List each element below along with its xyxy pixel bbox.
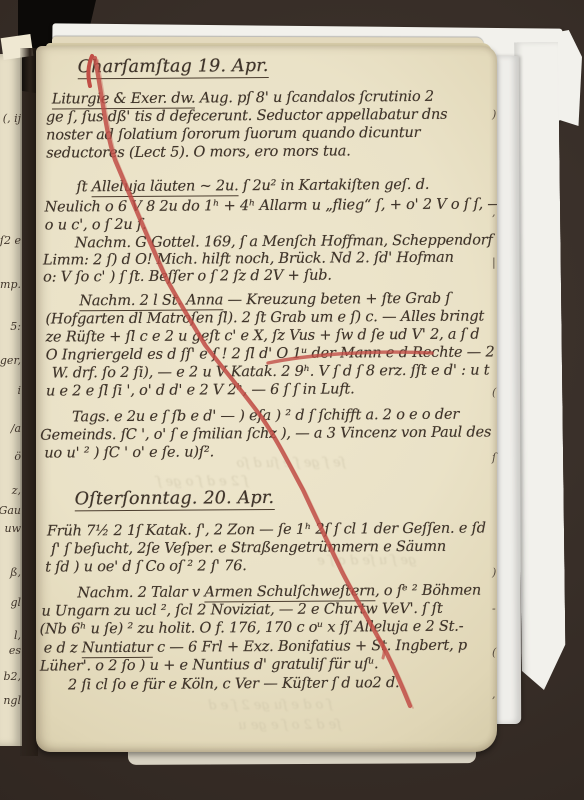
previous-page-text-fragment: (, ij [3, 112, 21, 125]
previous-page-text-fragment: Gau [0, 504, 21, 517]
fore-edge-ink-tick: ( [492, 386, 496, 399]
fore-edge-ink-tick: ) [492, 108, 496, 121]
fore-edge-ink-tick: ) [492, 566, 496, 579]
fore-edge-ink-tick: - [492, 602, 496, 615]
fore-edge-ink-tick: , [492, 688, 496, 701]
scanned-diary-photo: (, ijſ2 emp.5:ger,i/aöz,Gauuwß,gll,esb2,… [0, 0, 584, 800]
fore-edge-ink-tick: ſ [492, 451, 496, 464]
fore-edge-ink-tick: | [492, 256, 496, 269]
fore-edge-ink-tick: , [492, 206, 496, 219]
fore-edge-ink-tick: ( [492, 646, 496, 659]
loose-white-sheet-right-outer [514, 42, 566, 690]
red-pencil-marks [36, 46, 497, 752]
previous-page-text-fragment: ger, [0, 354, 21, 367]
previous-page-text-fragment: uw [5, 522, 22, 535]
diary-page: ſe ſ ge ſ e ſu d ſoſ 2 e d ſ o ge ſge ſ … [36, 46, 497, 752]
previous-page-text-fragment: b2, [3, 670, 21, 683]
previous-page-text-fragment: ſ2 e [0, 234, 21, 247]
previous-page-edge: (, ijſ2 emp.5:ger,i/aöz,Gauuwß,gll,esb2,… [0, 54, 22, 746]
previous-page-text-fragment: mp. [0, 278, 21, 291]
previous-page-text-fragment: ngl [3, 694, 21, 707]
